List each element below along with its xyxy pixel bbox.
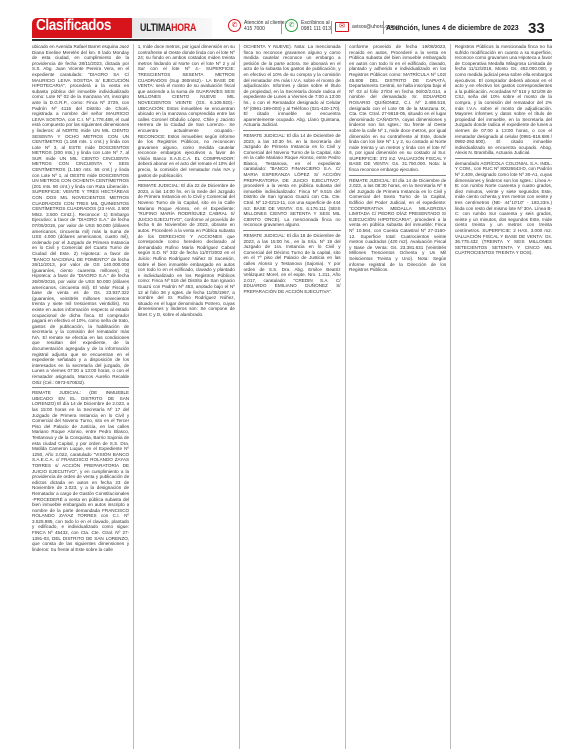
classified-ad: REMATE JUDICIAL: El día 22 de Diciembre … (138, 183, 235, 317)
classified-ad: conforme proveído de fecha 19/08/2023, r… (349, 44, 446, 173)
whatsapp-icon: ✆ (285, 19, 298, 32)
page-header: Clasificados ULTIMAHORA ✆ Atención al cl… (0, 0, 580, 38)
header-separator (281, 21, 282, 34)
header-rule (32, 39, 552, 41)
header-separator (383, 21, 384, 34)
classified-ad: REMATE JUDICIAL: (DE INMUEBLE UBICADO EN… (32, 390, 129, 552)
section-title: Clasificados (36, 17, 111, 35)
column-5: Registros Públicos la mencionada finca n… (455, 44, 552, 749)
column-4: conforme proveído de fecha 19/08/2023, r… (349, 44, 446, 749)
brand-logo: ULTIMAHORA (140, 22, 196, 34)
column-rule (239, 44, 240, 749)
brand-logo-part-b: HORA (171, 22, 196, 34)
contact-whatsapp-number: 0981 111 013 (301, 26, 331, 32)
classified-ad: OCHENTA Y NUEVE). Nota: La mencionada fi… (243, 44, 340, 128)
ad-divider (349, 175, 446, 176)
ad-divider (32, 387, 129, 388)
classified-ad: REMATE JUDICIAL: El día 14 de Diciembre … (349, 178, 446, 273)
ad-divider (243, 230, 340, 231)
ad-divider (243, 130, 340, 131)
column-rule (450, 44, 451, 749)
classified-ad: Registros Públicos la mencionada finca n… (455, 44, 552, 156)
column-rule (345, 44, 346, 749)
contact-phone-number: 415 7000 (244, 26, 286, 32)
brand-logo-part-a: ULTIMA (140, 22, 171, 34)
ad-divider (455, 158, 552, 159)
envelope-icon: ✉ (335, 22, 349, 32)
header-separator (331, 21, 332, 34)
issue-date: Asunción, lunes 4 de diciembre de 2023 (386, 25, 519, 32)
column-1: ubicado en Avenida Rafael Barret esquina… (32, 44, 129, 749)
contact-phone: ✆ Atención al cliente:415 7000 (228, 19, 286, 32)
ad-divider (138, 180, 235, 181)
classifieds-columns: ubicado en Avenida Rafael Barret esquina… (32, 44, 552, 749)
classified-ad: REMATE JUDICIAL: El día 14 de Diciembre … (243, 133, 340, 228)
page-number: 33 (528, 20, 545, 37)
classified-ad: 1, mide doce metros, por igual dimensión… (138, 44, 235, 178)
classified-ad: REMATE JUDICIAL: El día 18 de Diciembre … (243, 233, 340, 295)
classified-ad: ubicado en Avenida Rafael Barret esquina… (32, 44, 129, 385)
column-rule (133, 44, 134, 749)
contact-whatsapp: ✆ Escríbinos al0981 111 013 (285, 19, 331, 32)
column-2: 1, mide doce metros, por igual dimensión… (138, 44, 235, 749)
phone-icon: ✆ (228, 19, 241, 32)
column-3: OCHENTA Y NUEVE). Nota: La mencionada fi… (243, 44, 340, 749)
contact-phone-label: Atención al cliente: (244, 20, 286, 26)
contact-whatsapp-label: Escríbinos al (301, 20, 331, 26)
classified-ad: demandado AGRÍCOLA COLONIAL S.A. INDL. Y… (455, 161, 552, 256)
